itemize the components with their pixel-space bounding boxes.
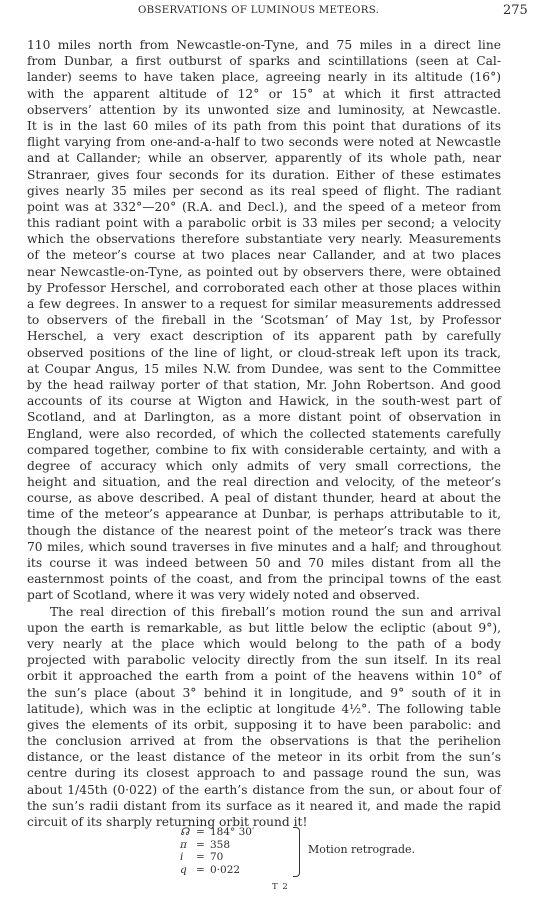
text-line: latitude), which was in the ecliptic at … bbox=[27, 701, 501, 717]
text-line: though the distance of the nearest point… bbox=[27, 523, 501, 539]
text-line: lander) seems to have taken place, agree… bbox=[27, 69, 501, 85]
page-number: 275 bbox=[503, 3, 528, 18]
motion-note: Motion retrograde. bbox=[308, 844, 415, 857]
element-row: π = 358 bbox=[180, 839, 254, 852]
text-line: circuit of its sharply returning orbit r… bbox=[27, 814, 501, 830]
text-line: part of Scotland, where it was very wide… bbox=[27, 587, 501, 603]
signature-mark: T 2 bbox=[272, 882, 289, 892]
element-row: ☊ = 184° 30′ bbox=[180, 826, 254, 839]
text-line: the sun’s radii distant from its surface… bbox=[27, 798, 501, 814]
text-line: by Professor Herschel, and corroborated … bbox=[27, 280, 501, 296]
text-line: 110 miles north from Newcastle-on-Tyne, … bbox=[27, 37, 501, 53]
text-line: Stranraer, gives four seconds for its du… bbox=[27, 167, 501, 183]
text-line: accounts of its course at Wigton and Haw… bbox=[27, 393, 501, 409]
text-line: of the meteor’s course at two places nea… bbox=[27, 247, 501, 263]
element-value: 358 bbox=[210, 839, 230, 852]
page-header: OBSERVATIONS OF LUMINOUS METEORS. 275 bbox=[0, 5, 550, 21]
text-line: observed positions of the line of light,… bbox=[27, 345, 501, 361]
text-line: time of the meteor’s appearance at Dunba… bbox=[27, 506, 501, 522]
element-value: 184° 30′ bbox=[210, 826, 254, 839]
text-line: and at Callander; while an observer, app… bbox=[27, 150, 501, 166]
text-line: easternmost points of the coast, and fro… bbox=[27, 571, 501, 587]
text-line: The real direction of this fireball’s mo… bbox=[27, 604, 501, 620]
text-line: point was at 332°—20° (R.A. and Decl.), … bbox=[27, 199, 501, 215]
text-line: a few degrees. In answer to a request fo… bbox=[27, 296, 501, 312]
ascending-node-symbol: ☊ bbox=[180, 826, 196, 839]
body-text: 110 miles north from Newcastle-on-Tyne, … bbox=[27, 37, 501, 830]
text-line: the sun’s place (about 3° behind it in l… bbox=[27, 685, 501, 701]
text-line: gives nearly 35 miles per second as its … bbox=[27, 183, 501, 199]
text-line: which the observations therefore substan… bbox=[27, 231, 501, 247]
text-line: 70 miles, which sound traverses in five … bbox=[27, 539, 501, 555]
text-line: observers’ attention by its unwonted siz… bbox=[27, 102, 501, 118]
text-line: degree of accuracy which only admits of … bbox=[27, 458, 501, 474]
text-line: distance, or the least distance of the m… bbox=[27, 749, 501, 765]
element-row: i = 70 bbox=[180, 851, 254, 864]
text-line: gives the elements of its orbit, supposi… bbox=[27, 717, 501, 733]
text-line: It is in the last 60 miles of its path f… bbox=[27, 118, 501, 134]
text-line: its course it was indeed between 50 and … bbox=[27, 555, 501, 571]
text-line: compared together, combine to fix with c… bbox=[27, 442, 501, 458]
running-title: OBSERVATIONS OF LUMINOUS METEORS. bbox=[138, 5, 379, 16]
text-line: with the apparent altitude of 12° or 15°… bbox=[27, 86, 501, 102]
element-row: q = 0·022 bbox=[180, 864, 254, 877]
text-line: the conclusion arrived at from the obser… bbox=[27, 733, 501, 749]
element-value: 0·022 bbox=[210, 864, 240, 877]
text-line: England, were also recorded, of which th… bbox=[27, 426, 501, 442]
text-line: at Coupar Angus, 15 miles N.W. from Dund… bbox=[27, 361, 501, 377]
text-line: centre during its closest approach to an… bbox=[27, 765, 501, 781]
inclination-symbol: i bbox=[180, 851, 196, 864]
text-line: height and situation, and the real direc… bbox=[27, 474, 501, 490]
text-line: about 1/45th (0·022) of the earth’s dist… bbox=[27, 782, 501, 798]
text-line: Scotland, and at Darlington, as a more d… bbox=[27, 409, 501, 425]
text-line: from Dunbar, a first outburst of sparks … bbox=[27, 53, 501, 69]
perihelion-distance-symbol: q bbox=[180, 864, 196, 877]
text-line: this radiant point with a parabolic orbi… bbox=[27, 215, 501, 231]
text-line: flight varying from one-and-a-half to tw… bbox=[27, 134, 501, 150]
text-line: near Newcastle-on-Tyne, as pointed out b… bbox=[27, 264, 501, 280]
text-line: projected with parabolic velocity direct… bbox=[27, 652, 501, 668]
text-line: upon the earth is remarkable, as but lit… bbox=[27, 620, 501, 636]
text-line: to observers of the fireball in the ‘Sco… bbox=[27, 312, 501, 328]
element-value: 70 bbox=[210, 851, 223, 864]
right-brace bbox=[293, 827, 300, 877]
perihelion-longitude-symbol: π bbox=[180, 839, 196, 852]
text-line: very nearly at the place which would bel… bbox=[27, 636, 501, 652]
text-line: course, as above described. A peal of di… bbox=[27, 490, 501, 506]
text-line: orbit it approached the earth from a poi… bbox=[27, 668, 501, 684]
text-line: Herschel, a very exact description of it… bbox=[27, 328, 501, 344]
text-line: by the head railway porter of that stati… bbox=[27, 377, 501, 393]
orbit-elements-table: ☊ = 184° 30′ π = 358 i = 70 q = 0·022 Mo… bbox=[180, 826, 254, 876]
